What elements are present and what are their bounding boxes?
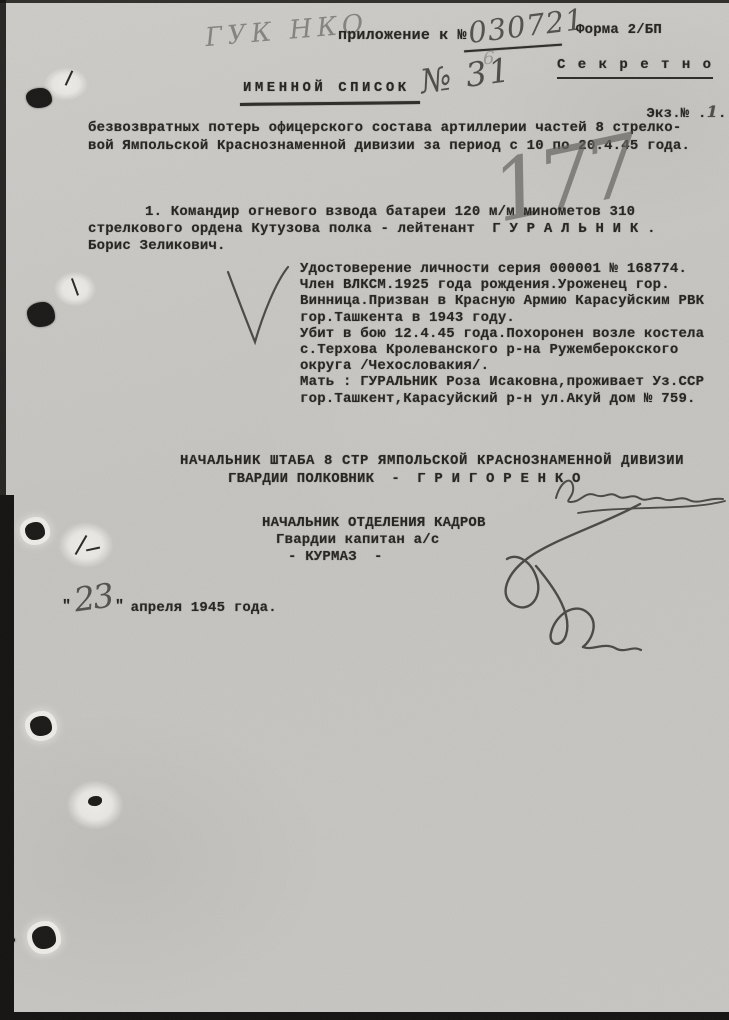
details-line: Мать : ГУРАЛЬНИК Роза Исаковна,проживает… (300, 374, 704, 390)
date-open-quote: " (62, 598, 71, 615)
copy-suffix: . (718, 106, 727, 122)
punch-hole (32, 926, 56, 949)
document-title-underline (240, 101, 420, 106)
attachment-number-handwritten: 030721 (466, 2, 586, 50)
date-text: апреля 1945 года. (122, 600, 277, 616)
personnel-title-line: НАЧАЛЬНИК ОТДЕЛЕНИЯ КАДРОВ (262, 515, 486, 532)
date-day-handwritten: 23 (71, 576, 114, 620)
copy-number-handwritten: 1 (707, 102, 718, 121)
entry-paragraph: 1. Командир огневого взвода батареи 120 … (88, 204, 656, 255)
punch-hole (27, 302, 55, 327)
details-line: Убит в бою 12.4.45 года.Похоронен возле … (300, 326, 704, 342)
details-line: Член ВЛКСМ.1925 года рождения.Уроженец г… (300, 277, 704, 293)
entry-line: Борис Зеликович. (88, 238, 656, 255)
kurmaz-signature (478, 498, 658, 653)
attachment-stamp-label: приложение к № (338, 27, 467, 44)
details-line: гор.Ташкента в 1943 году. (300, 310, 704, 326)
paper-tear (64, 778, 126, 832)
entry-line: 1. Командир огневого взвода батареи 120 … (88, 204, 656, 221)
personnel-officer-block: НАЧАЛЬНИК ОТДЕЛЕНИЯ КАДРОВ Гвардии капит… (262, 515, 486, 567)
details-line: с.Терхова Кролеванского р-на Ружемберокс… (300, 342, 704, 358)
details-block: Удостоверение личности серия 000001 № 16… (300, 261, 704, 407)
entry-line: стрелкового ордена Кутузова полка - лейт… (88, 221, 656, 238)
list-number-handwritten: № 31 (418, 50, 514, 101)
paper-tear (52, 270, 98, 308)
punch-hole (30, 716, 52, 736)
scan-edge-left-upper (0, 0, 6, 510)
secrecy-stamp: С е к р е т н о (557, 57, 713, 79)
details-line: Удостоверение личности серия 000001 № 16… (300, 261, 704, 277)
checkmark-icon (222, 264, 294, 348)
punch-hole (26, 88, 52, 108)
personnel-rank-line: Гвардии капитан а/с (262, 532, 486, 549)
form-label: Форма 2/БП (576, 22, 662, 38)
scan-edge-top (0, 0, 729, 3)
punch-hole (25, 522, 45, 540)
personnel-name-line: - КУРМАЗ - (262, 549, 486, 566)
details-line: Винница.Призван в Красную Армию Карасуйс… (300, 293, 704, 309)
scanned-document-page: ГУК НКО приложение к № 030721 Форма 2/БП… (0, 0, 729, 1020)
details-line: округа /Чехословакия/. (300, 358, 704, 374)
scan-edge-bottom (0, 1012, 729, 1020)
document-title: ИМЕННОЙ СПИСОК (243, 80, 410, 96)
details-line: гор.Ташкент,Карасуйский р-н ул.Акуй дом … (300, 391, 704, 407)
scan-edge-left-lower (0, 495, 14, 1020)
paper-tear (56, 520, 116, 570)
